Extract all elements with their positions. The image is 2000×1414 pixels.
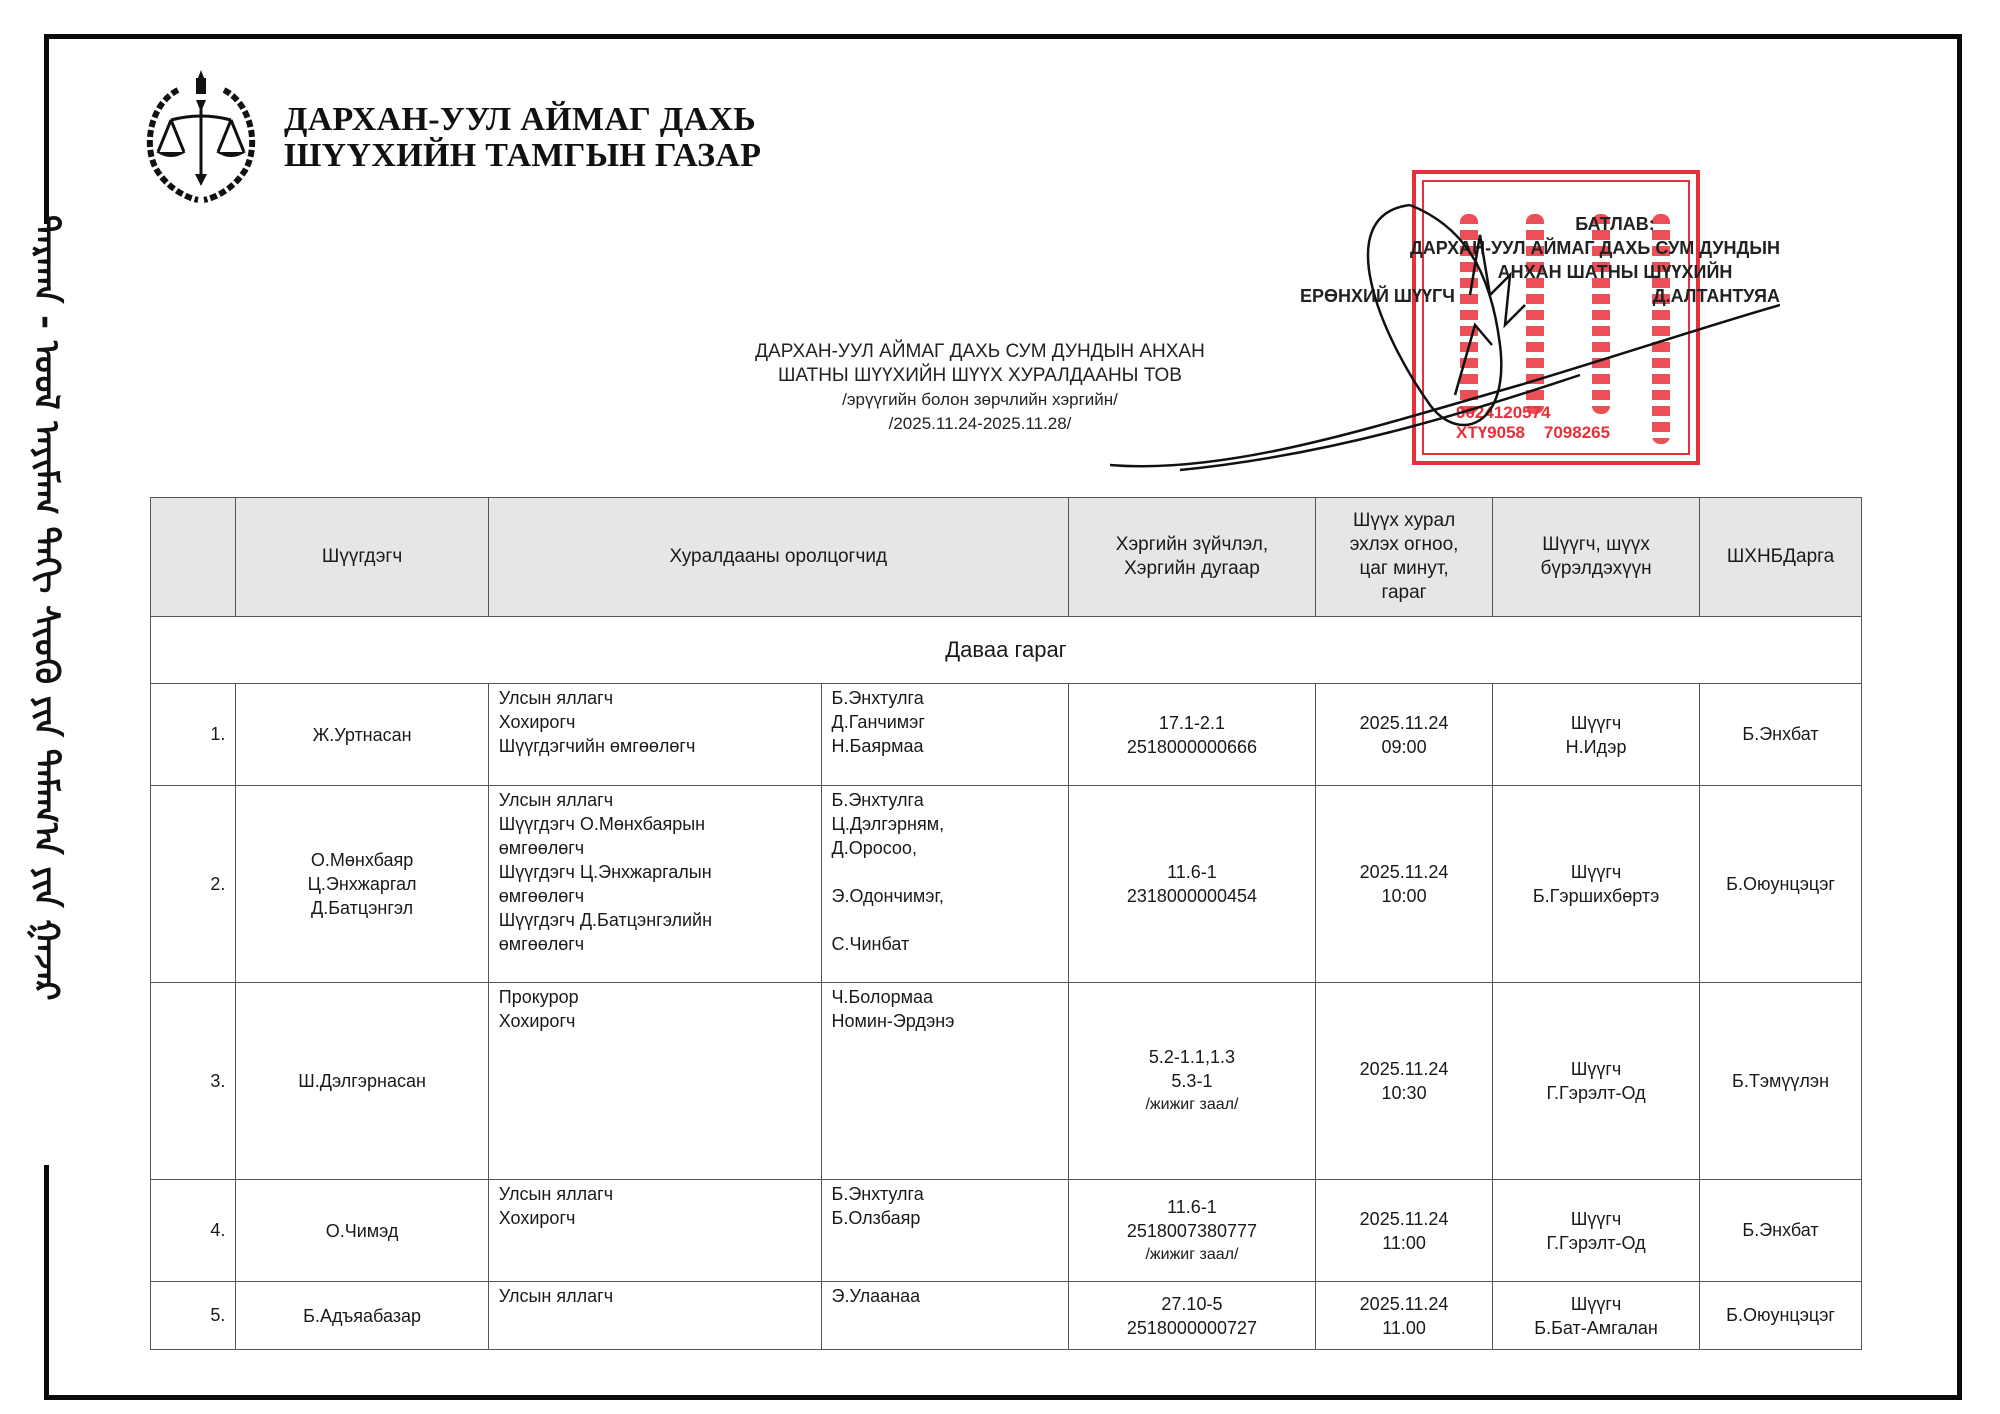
document-title: ДАРХАН-УУЛ АЙМАГ ДАХЬ СУМ ДУНДЫН АНХАН Ш…: [680, 340, 1280, 436]
approval-label: БАТЛАВ:: [1300, 212, 1780, 236]
header-date: Шүүх хурал эхлэх огноо, цаг минут, гараг: [1316, 498, 1493, 617]
stamp-number-1: 9024120574: [1456, 403, 1610, 423]
participant-names-cell-line: Б.Энхтулга: [832, 686, 1058, 710]
participant-roles-cell: Улсын яллагч: [488, 1282, 821, 1350]
case-cell-line: 27.10-5: [1079, 1292, 1305, 1316]
judge-cell-line: Б.Бат-Амгалан: [1503, 1316, 1689, 1340]
case-cell: 17.1-2.12518000000666: [1068, 684, 1315, 786]
title-date-range: /2025.11.24-2025.11.28/: [680, 412, 1280, 436]
judge-cell-line: Шүүгч: [1503, 1207, 1689, 1231]
participant-roles-cell-line: Улсын яллагч: [499, 1284, 811, 1308]
row-number: 5.: [151, 1282, 236, 1350]
secretary-cell: Б.Оюунцэцэг: [1700, 786, 1862, 983]
case-cell-line: 2518007380777: [1079, 1219, 1305, 1243]
date-time-cell-line: 11:00: [1326, 1231, 1482, 1255]
participant-roles-cell-line: Шүүгдэгчийн өмгөөлөгч: [499, 734, 811, 758]
table-header-row: Шүүгдэгч Хуралдааны оролцогчид Хэргийн з…: [151, 498, 1862, 617]
header-number: [151, 498, 236, 617]
case-cell: 27.10-52518000000727: [1068, 1282, 1315, 1350]
organization-name: ДАРХАН-УУЛ АЙМАГ ДАХЬ ШҮҮХИЙН ТАМГЫН ГАЗ…: [284, 102, 761, 174]
approval-signer-name: Д.АЛТАНТУЯА: [1653, 284, 1780, 308]
participant-names-cell: Б.ЭнхтулгаБ.Олзбаяр: [821, 1180, 1068, 1282]
judge-cell-line: Б.Гэршихбөртэ: [1503, 884, 1689, 908]
day-label: Даваа гараг: [151, 617, 1862, 684]
participant-names-cell: Э.Улаанаа: [821, 1282, 1068, 1350]
participant-names-cell: Б.ЭнхтулгаД.ГанчимэгН.Баярмаа: [821, 684, 1068, 786]
header-date-line: эхлэх огноо,: [1326, 533, 1482, 557]
judge-cell-line: Г.Гэрэлт-Од: [1503, 1081, 1689, 1105]
stamp-numbers: 9024120574 ХТҮ9058 7098265: [1456, 403, 1610, 443]
secretary-cell: Б.Тэмүүлэн: [1700, 983, 1862, 1180]
header-case: Хэргийн зүйчлэл, Хэргийн дугаар: [1068, 498, 1315, 617]
judge-cell-line: Шүүгч: [1503, 1057, 1689, 1081]
participant-names-cell-line: Д.Оросоо,: [832, 836, 1058, 860]
court-emblem-icon: [138, 68, 264, 204]
mongolian-script-org-name: ᠳᠠᠷᠬᠠᠨ - ᠤᠤᠯ ᠠᠶᠢᠮᠠᠭ ᠲᠠᠬᠢ ᠱᠢᠦᠬᠦ ᠶᠢᠨ ᠲᠠᠮᠠᠭ…: [16, 215, 76, 1165]
secretary-cell: Б.Энхбат: [1700, 1180, 1862, 1282]
defendant-cell: Б.Адъяабазар: [236, 1282, 488, 1350]
judge-cell-line: Шүүгч: [1503, 711, 1689, 735]
date-time-cell-line: 2025.11.24: [1326, 860, 1482, 884]
defendant-cell: О.МөнхбаярЦ.ЭнхжаргалД.Батцэнгэл: [236, 786, 488, 983]
defendant-cell-line: О.Чимэд: [246, 1219, 477, 1243]
row-number: 1.: [151, 684, 236, 786]
case-cell-line: 11.6-1: [1079, 1195, 1305, 1219]
participant-names-cell-line: Б.Олзбаяр: [832, 1206, 1058, 1230]
participant-names-cell-line: [832, 860, 1058, 884]
judge-cell: ШүүгчБ.Гэршихбөртэ: [1493, 786, 1700, 983]
participant-names-cell-line: С.Чинбат: [832, 932, 1058, 956]
participant-roles-cell-line: Хохирогч: [499, 710, 811, 734]
case-cell: 11.6-12518007380777/жижиг заал/: [1068, 1180, 1315, 1282]
date-time-cell-line: 10:00: [1326, 884, 1482, 908]
participant-roles-cell-line: Улсын яллагч: [499, 686, 811, 710]
participant-roles-cell: Улсын яллагчХохирогч: [488, 1180, 821, 1282]
date-time-cell-line: 11.00: [1326, 1316, 1482, 1340]
judge-cell-line: Шүүгч: [1503, 860, 1689, 884]
stamp-number-2: ХТҮ9058 7098265: [1456, 423, 1610, 443]
judge-cell: ШүүгчГ.Гэрэлт-Од: [1493, 1180, 1700, 1282]
org-name-line2: ШҮҮХИЙН ТАМГЫН ГАЗАР: [284, 138, 761, 174]
defendant-cell-line: Д.Батцэнгэл: [246, 896, 477, 920]
day-row: Даваа гараг: [151, 617, 1862, 684]
header-date-line: Шүүх хурал: [1326, 509, 1482, 533]
case-cell: 5.2-1.1,1.35.3-1/жижиг заал/: [1068, 983, 1315, 1180]
participant-names-cell-line: Д.Ганчимэг: [832, 710, 1058, 734]
date-time-cell-line: 2025.11.24: [1326, 1207, 1482, 1231]
judge-cell-line: Шүүгч: [1503, 1292, 1689, 1316]
secretary-cell: Б.Оюунцэцэг: [1700, 1282, 1862, 1350]
participant-roles-cell-line: Шүүгдэгч Ц.Энхжаргалын: [499, 860, 811, 884]
participant-names-cell-line: Б.Энхтулга: [832, 788, 1058, 812]
date-time-cell: 2025.11.2409:00: [1316, 684, 1493, 786]
participant-roles-cell: Улсын яллагчХохирогчШүүгдэгчийн өмгөөлөг…: [488, 684, 821, 786]
participant-roles-cell-line: Улсын яллагч: [499, 1182, 811, 1206]
page-frame-right: [1957, 34, 1962, 1400]
case-cell-line: 2318000000454: [1079, 884, 1305, 908]
header-date-line: цаг минут,: [1326, 557, 1482, 581]
title-line1: ДАРХАН-УУЛ АЙМАГ ДАХЬ СУМ ДУНДЫН АНХАН: [680, 340, 1280, 364]
org-name-line1: ДАРХАН-УУЛ АЙМАГ ДАХЬ: [284, 102, 761, 138]
defendant-cell-line: Ж.Уртнасан: [246, 723, 477, 747]
defendant-cell-line: Б.Адъяабазар: [246, 1304, 477, 1328]
page-frame-left: [44, 34, 49, 224]
participant-names-cell: Ч.БолормааНомин-Эрдэнэ: [821, 983, 1068, 1180]
participant-roles-cell-line: Хохирогч: [499, 1206, 811, 1230]
case-cell-line: 5.2-1.1,1.3: [1079, 1045, 1305, 1069]
defendant-cell: Ж.Уртнасан: [236, 684, 488, 786]
date-time-cell: 2025.11.2411.00: [1316, 1282, 1493, 1350]
date-time-cell-line: 2025.11.24: [1326, 1292, 1482, 1316]
date-time-cell: 2025.11.2410:30: [1316, 983, 1493, 1180]
participant-names-cell-line: Номин-Эрдэнэ: [832, 1009, 1058, 1033]
title-case-type: /эрүүгийн болон зөрчлийн хэргийн/: [680, 388, 1280, 412]
participant-roles-cell-line: өмгөөлөгч: [499, 884, 811, 908]
title-line2: ШАТНЫ ШҮҮХИЙН ШҮҮХ ХУРАЛДААНЫ ТОВ: [680, 364, 1280, 388]
approval-signatory: ЕРӨНХИЙ ШҮҮГЧ Д.АЛТАНТУЯА: [1300, 284, 1780, 308]
date-time-cell-line: 10:30: [1326, 1081, 1482, 1105]
page-frame-bottom: [44, 1395, 1962, 1400]
participant-roles-cell-line: өмгөөлөгч: [499, 932, 811, 956]
participant-names-cell-line: Ц.Дэлгэрням,: [832, 812, 1058, 836]
participant-roles-cell-line: Шүүгдэгч О.Мөнхбаярын: [499, 812, 811, 836]
header-date-line: гараг: [1326, 581, 1482, 605]
table-row: 1.Ж.УртнасанУлсын яллагчХохирогчШүүгдэгч…: [151, 684, 1862, 786]
judge-cell-line: Н.Идэр: [1503, 735, 1689, 759]
judge-cell-line: Г.Гэрэлт-Од: [1503, 1231, 1689, 1255]
participant-roles-cell-line: Шүүгдэгч Д.Батцэнгэлийн: [499, 908, 811, 932]
case-cell-line: 11.6-1: [1079, 860, 1305, 884]
approval-block: БАТЛАВ: ДАРХАН-УУЛ АЙМАГ ДАХЬ СУМ ДУНДЫН…: [1300, 212, 1780, 308]
participant-roles-cell-line: өмгөөлөгч: [499, 836, 811, 860]
participant-names-cell-line: Э.Одончимэг,: [832, 884, 1058, 908]
case-cell-line: /жижиг заал/: [1079, 1243, 1305, 1267]
header-defendant: Шүүгдэгч: [236, 498, 488, 617]
defendant-cell-line: О.Мөнхбаяр: [246, 848, 477, 872]
participant-roles-cell: ПрокурорХохирогч: [488, 983, 821, 1180]
date-time-cell: 2025.11.2411:00: [1316, 1180, 1493, 1282]
participant-roles-cell-line: Прокурор: [499, 985, 811, 1009]
table-row: 2.О.МөнхбаярЦ.ЭнхжаргалД.БатцэнгэлУлсын …: [151, 786, 1862, 983]
approval-position: ЕРӨНХИЙ ШҮҮГЧ: [1300, 284, 1455, 308]
participant-roles-cell-line: Хохирогч: [499, 1009, 811, 1033]
header-secretary: ШХНБДарга: [1700, 498, 1862, 617]
participant-names-cell: Б.ЭнхтулгаЦ.Дэлгэрням,Д.Оросоо, Э.Одончи…: [821, 786, 1068, 983]
defendant-cell: О.Чимэд: [236, 1180, 488, 1282]
row-number: 2.: [151, 786, 236, 983]
table-row: 4.О.ЧимэдУлсын яллагчХохирогчБ.ЭнхтулгаБ…: [151, 1180, 1862, 1282]
participant-roles-cell-line: Улсын яллагч: [499, 788, 811, 812]
approval-court-line1: ДАРХАН-УУЛ АЙМАГ ДАХЬ СУМ ДУНДЫН: [1300, 236, 1780, 260]
secretary-cell: Б.Энхбат: [1700, 684, 1862, 786]
date-time-cell: 2025.11.2410:00: [1316, 786, 1493, 983]
participant-names-cell-line: Ч.Болормаа: [832, 985, 1058, 1009]
judge-cell: ШүүгчН.Идэр: [1493, 684, 1700, 786]
page-frame-left: [44, 1165, 49, 1400]
case-cell: 11.6-12318000000454: [1068, 786, 1315, 983]
hearing-schedule-table: Шүүгдэгч Хуралдааны оролцогчид Хэргийн з…: [150, 497, 1862, 1350]
defendant-cell-line: Ш.Дэлгэрнасан: [246, 1069, 477, 1093]
case-cell-line: /жижиг заал/: [1079, 1093, 1305, 1117]
participant-names-cell-line: Н.Баярмаа: [832, 734, 1058, 758]
participant-names-cell-line: Б.Энхтулга: [832, 1182, 1058, 1206]
date-time-cell-line: 2025.11.24: [1326, 1057, 1482, 1081]
participant-names-cell-line: [832, 908, 1058, 932]
participant-roles-cell: Улсын яллагчШүүгдэгч О.Мөнхбаярынөмгөөлө…: [488, 786, 821, 983]
table-row: 5.Б.АдъяабазарУлсын яллагчЭ.Улаанаа27.10…: [151, 1282, 1862, 1350]
approval-court-line2: АНХАН ШАТНЫ ШҮҮХИЙН: [1300, 260, 1780, 284]
participant-names-cell-line: Э.Улаанаа: [832, 1284, 1058, 1308]
case-cell-line: 2518000000727: [1079, 1316, 1305, 1340]
header-judge-line: бүрэлдэхүүн: [1503, 557, 1689, 581]
date-time-cell-line: 2025.11.24: [1326, 711, 1482, 735]
judge-cell: ШүүгчГ.Гэрэлт-Од: [1493, 983, 1700, 1180]
page-frame-top: [44, 34, 1962, 39]
case-cell-line: 2518000000666: [1079, 735, 1305, 759]
judge-cell: ШүүгчБ.Бат-Амгалан: [1493, 1282, 1700, 1350]
case-cell-line: 5.3-1: [1079, 1069, 1305, 1093]
header-judge: Шүүгч, шүүх бүрэлдэхүүн: [1493, 498, 1700, 617]
header-case-line: Хэргийн зүйчлэл,: [1079, 533, 1305, 557]
date-time-cell-line: 09:00: [1326, 735, 1482, 759]
header-case-line: Хэргийн дугаар: [1079, 557, 1305, 581]
header-participants: Хуралдааны оролцогчид: [488, 498, 1068, 617]
header-judge-line: Шүүгч, шүүх: [1503, 533, 1689, 557]
defendant-cell: Ш.Дэлгэрнасан: [236, 983, 488, 1180]
row-number: 3.: [151, 983, 236, 1180]
case-cell-line: 17.1-2.1: [1079, 711, 1305, 735]
row-number: 4.: [151, 1180, 236, 1282]
defendant-cell-line: Ц.Энхжаргал: [246, 872, 477, 896]
table-row: 3.Ш.ДэлгэрнасанПрокурорХохирогчЧ.Болорма…: [151, 983, 1862, 1180]
